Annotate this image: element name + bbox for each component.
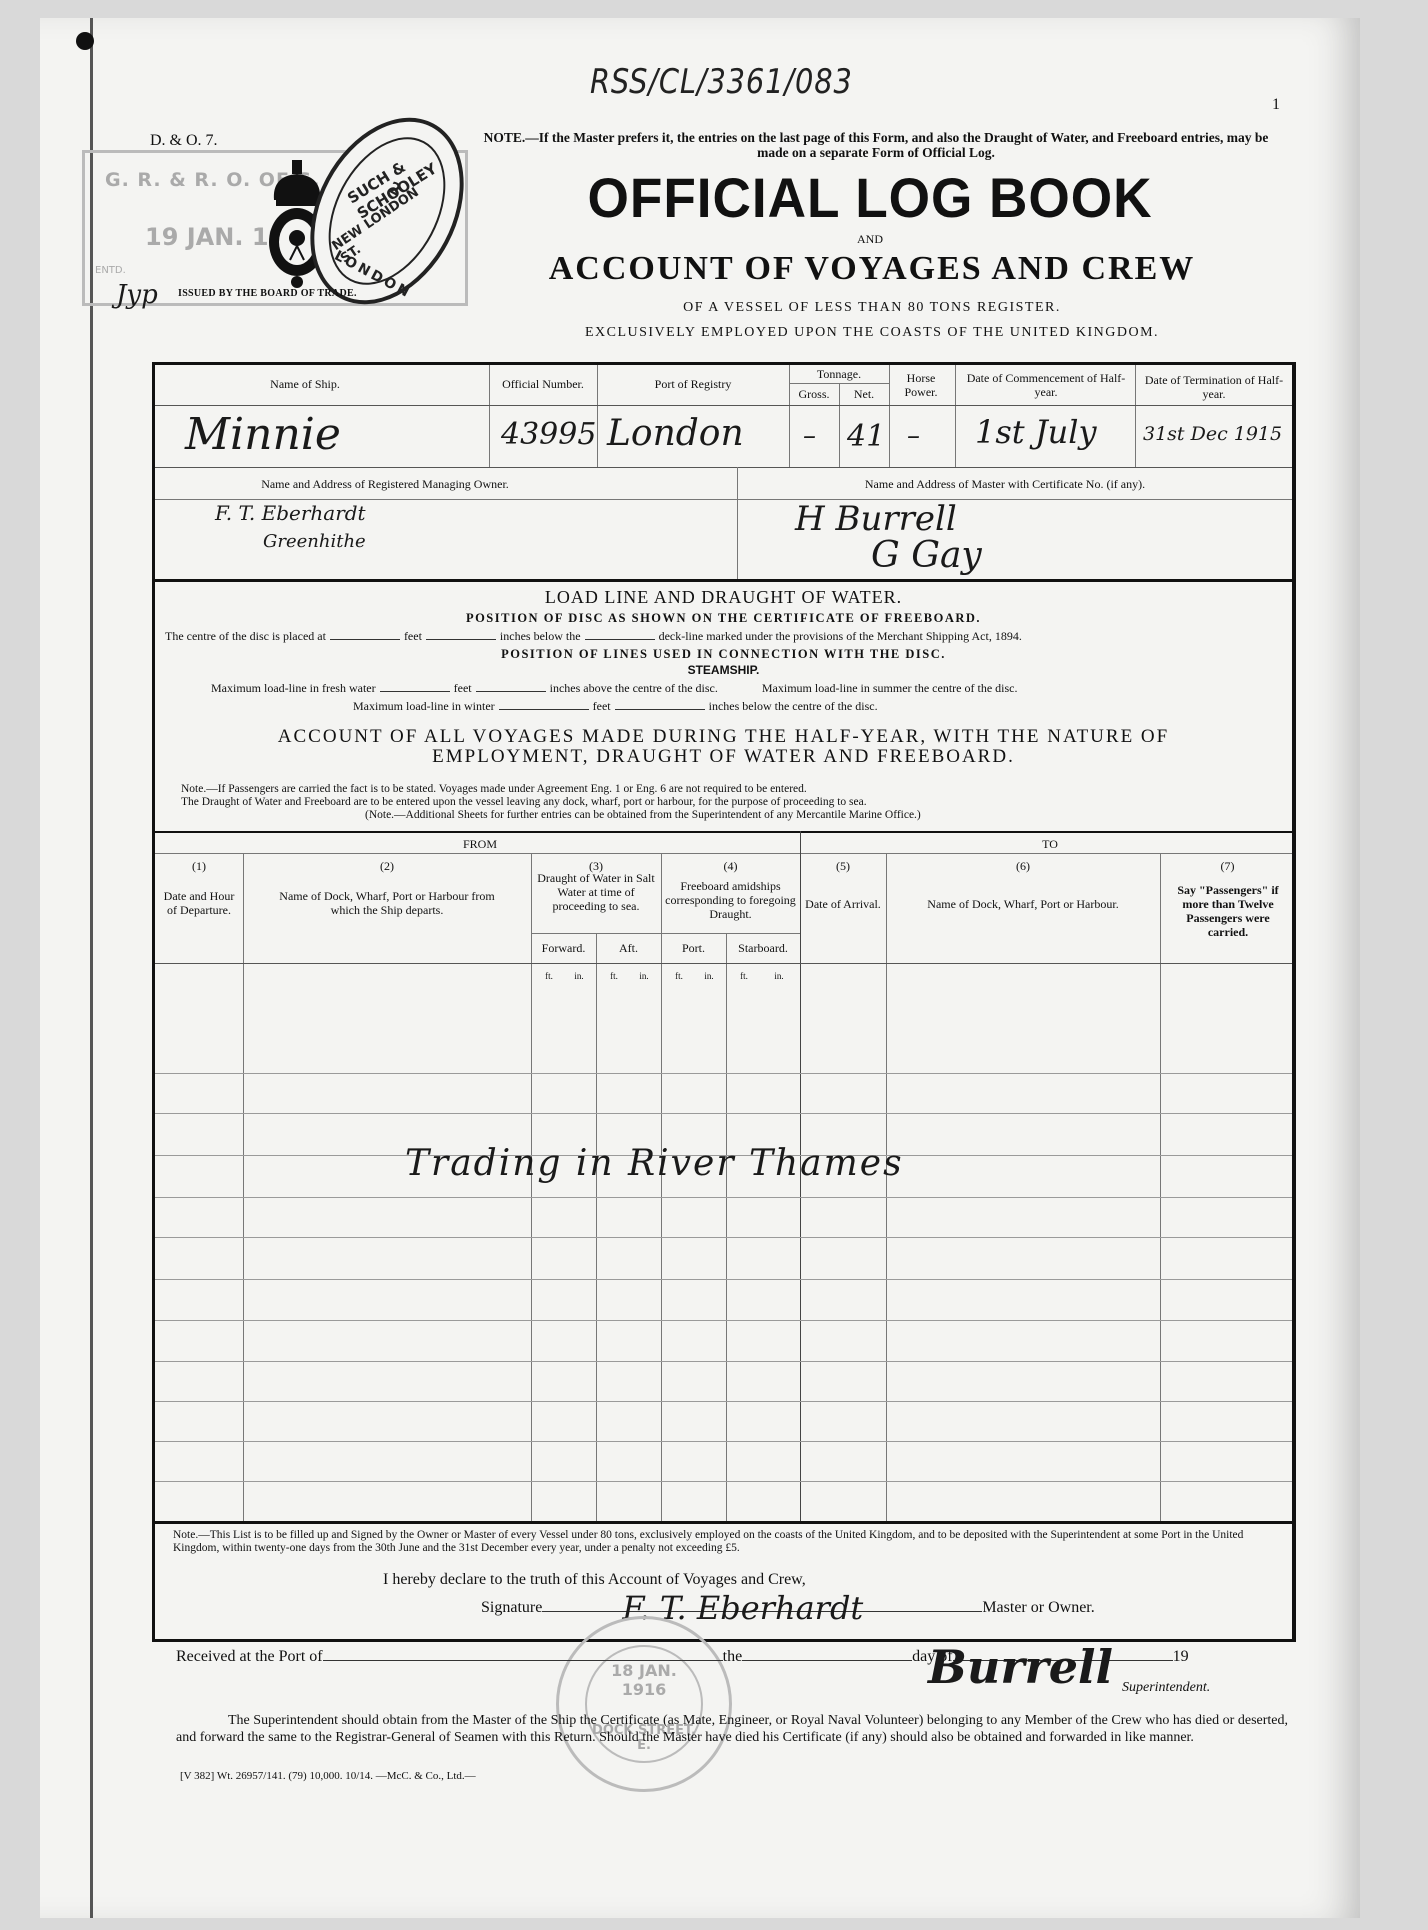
- winter-text-a: Maximum load-line in winter: [353, 699, 495, 713]
- unit-ft: ft.: [665, 969, 693, 983]
- col-4-label: Freeboard amidships corresponding to for…: [663, 879, 798, 921]
- col-6-num: (6): [886, 859, 1160, 873]
- unit-in: in.: [765, 969, 793, 983]
- received-day-field[interactable]: [742, 1660, 912, 1661]
- account-title-line1: ACCOUNT OF ALL VOYAGES MADE DURING THE H…: [155, 727, 1292, 747]
- header-gross: Gross.: [789, 387, 839, 401]
- signature-role: Master or Owner.: [982, 1599, 1094, 1616]
- form-code: D. & O. 7.: [150, 132, 218, 150]
- unit-in: in.: [565, 969, 593, 983]
- header-tonnage: Tonnage.: [789, 367, 889, 381]
- deck-line-field[interactable]: [585, 629, 655, 640]
- declaration-text: I hereby declare to the truth of this Ac…: [383, 1571, 806, 1589]
- form-frame: Name of Ship. Official Number. Port of R…: [152, 362, 1296, 1642]
- col-5-num: (5): [800, 859, 886, 873]
- owner-address-value: Greenhithe: [263, 531, 366, 552]
- feet-label: feet: [404, 629, 422, 643]
- subcol-starboard: Starboard.: [726, 941, 800, 955]
- printer-line: [V 382] Wt. 26957/141. (79) 10,000. 10/1…: [180, 1770, 476, 1782]
- subcol-forward: Forward.: [531, 941, 596, 955]
- account-note-1: Note.—If Passengers are carried the fact…: [181, 783, 1281, 796]
- disc-feet-field[interactable]: [330, 629, 400, 640]
- col-3-label: Draught of Water in Salt Water at time o…: [533, 871, 659, 913]
- title-conjunction: AND: [810, 232, 930, 247]
- account-title: ACCOUNT OF ALL VOYAGES MADE DURING THE H…: [155, 727, 1292, 767]
- steamship-heading: STEAMSHIP.: [155, 663, 1292, 677]
- signature-row: SignatureF. T. EberhardtMaster or Owner.: [481, 1599, 1095, 1617]
- to-header: TO: [805, 837, 1295, 852]
- account-note-2: The Draught of Water and Freeboard are t…: [181, 796, 1281, 809]
- position-disc-heading: POSITION OF DISC AS SHOWN ON THE CERTIFI…: [155, 611, 1292, 626]
- disc-position-row: The centre of the disc is placed atfeeti…: [165, 629, 1285, 644]
- unit-ft: ft.: [730, 969, 758, 983]
- header-official-number: Official Number.: [489, 377, 597, 391]
- col-4-num: (4): [661, 859, 800, 873]
- page-subtitle: ACCOUNT OF VOYAGES AND CREW: [472, 250, 1272, 288]
- header-commencement: Date of Commencement of Half-year.: [961, 371, 1131, 399]
- unit-ft: ft.: [535, 969, 563, 983]
- signature-label: Signature: [481, 1599, 542, 1616]
- issued-by: ISSUED BY THE BOARD OF TRADE.: [178, 288, 357, 299]
- punch-hole: [76, 32, 94, 50]
- unit-in: in.: [695, 969, 723, 983]
- received-the-label: the: [723, 1648, 743, 1665]
- from-header: FROM: [155, 837, 805, 852]
- fresh-text-b: inches above the centre of the disc.: [550, 681, 718, 695]
- winter-text-b: inches below the centre of the disc.: [709, 699, 878, 713]
- winter-inches-field[interactable]: [615, 699, 705, 710]
- col-2-label: Name of Dock, Wharf, Port or Harbour fro…: [273, 889, 501, 917]
- ship-name-value: Minnie: [185, 409, 341, 460]
- account-notes: Note.—If Passengers are carried the fact…: [181, 783, 1281, 822]
- employment-description: EXCLUSIVELY EMPLOYED UPON THE COASTS OF …: [472, 325, 1272, 341]
- account-note-3: (Note.—Additional Sheets for further ent…: [181, 809, 1281, 822]
- handwritten-initials: Jyp: [116, 280, 158, 310]
- fresh-inches-field[interactable]: [476, 681, 546, 692]
- received-year: 19: [1173, 1648, 1189, 1665]
- round-stamp-date: 18 JAN. 1916: [589, 1661, 699, 1699]
- master-label: Name and Address of Master with Certific…: [755, 477, 1255, 491]
- superintendent-label: Superintendent.: [1122, 1680, 1210, 1696]
- owner-label: Name and Address of Registered Managing …: [175, 477, 595, 491]
- unit-ft: ft.: [600, 969, 628, 983]
- header-net: Net.: [839, 387, 889, 401]
- disc-text-a: The centre of the disc is placed at: [165, 629, 326, 643]
- col-1-label: Date and Hour of Departure.: [163, 889, 235, 917]
- header-ship-name: Name of Ship.: [175, 377, 435, 391]
- dock-street-stamp: 18 JAN. 1916 DOCK STREET, E.: [556, 1616, 732, 1792]
- load-line-title: LOAD LINE AND DRAUGHT OF WATER.: [155, 587, 1292, 608]
- col-7-num: (7): [1160, 859, 1295, 873]
- position-lines-heading: POSITION OF LINES USED IN CONNECTION WIT…: [155, 647, 1292, 662]
- fresh-feet-field[interactable]: [380, 681, 450, 692]
- disc-text-b: inches below the: [500, 629, 581, 643]
- footer-note: Note.—This List is to be filled up and S…: [173, 1529, 1273, 1555]
- official-number-value: 43995: [501, 417, 596, 452]
- disc-inches-field[interactable]: [426, 629, 496, 640]
- page-title: OFFICIAL LOG BOOK: [538, 165, 1203, 230]
- col-5-label: Date of Arrival.: [805, 897, 881, 911]
- superintendent-signature: Burrell: [928, 1640, 1113, 1694]
- col-1-num: (1): [155, 859, 243, 873]
- disc-text-c: deck-line marked under the provisions of…: [659, 629, 1022, 643]
- unit-in: in.: [630, 969, 658, 983]
- termination-value: 31st Dec 1915: [1143, 423, 1282, 445]
- header-termination: Date of Termination of Half-year.: [1139, 373, 1289, 401]
- voyage-entry: Trading in River Thames: [405, 1143, 904, 1184]
- signature-field[interactable]: F. T. Eberhardt: [542, 1611, 982, 1612]
- col-6-label: Name of Dock, Wharf, Port or Harbour.: [915, 897, 1131, 911]
- vessel-description: OF A VESSEL OF LESS THAN 80 TONS REGISTE…: [472, 300, 1272, 316]
- commencement-value: 1st July: [975, 413, 1097, 451]
- fresh-text-a: Maximum load-line in fresh water: [211, 681, 376, 695]
- superintendent-note: The Superintendent should obtain from th…: [176, 1712, 1288, 1746]
- summer-text: Maximum load-line in summer the centre o…: [762, 681, 1018, 695]
- top-note: NOTE.—If the Master prefers it, the entr…: [476, 130, 1276, 160]
- gross-value: –: [803, 421, 816, 451]
- port-value: London: [607, 413, 744, 454]
- feet-label: feet: [593, 699, 611, 713]
- received-port-field[interactable]: [323, 1660, 723, 1661]
- header-port: Port of Registry: [597, 377, 789, 391]
- owner-name-value: F. T. Eberhardt: [215, 501, 366, 525]
- master-name-value-2: G Gay: [871, 535, 982, 576]
- col-2-num: (2): [243, 859, 531, 873]
- feet-label: feet: [454, 681, 472, 695]
- archive-reference: RSS/CL/3361/083: [590, 62, 853, 102]
- subcol-aft: Aft.: [596, 941, 661, 955]
- winter-row: Maximum load-line in winterfeetinches be…: [353, 699, 1253, 714]
- col-7-label: Say "Passengers" if more than Twelve Pas…: [1167, 883, 1289, 939]
- fresh-water-row: Maximum load-line in fresh waterfeetinch…: [211, 681, 1291, 696]
- horse-power-value: –: [907, 421, 920, 451]
- master-name-value: H Burrell: [795, 499, 957, 539]
- net-value: 41: [847, 419, 885, 454]
- winter-feet-field[interactable]: [499, 699, 589, 710]
- header-horse-power: Horse Power.: [891, 371, 951, 399]
- received-port-label: Received at the Port of: [176, 1648, 323, 1665]
- subcol-port: Port.: [661, 941, 726, 955]
- account-title-line2: EMPLOYMENT, DRAUGHT OF WATER AND FREEBOA…: [155, 747, 1292, 767]
- page-number: 1: [1272, 96, 1280, 114]
- stamp-label: ENTD.: [95, 265, 126, 276]
